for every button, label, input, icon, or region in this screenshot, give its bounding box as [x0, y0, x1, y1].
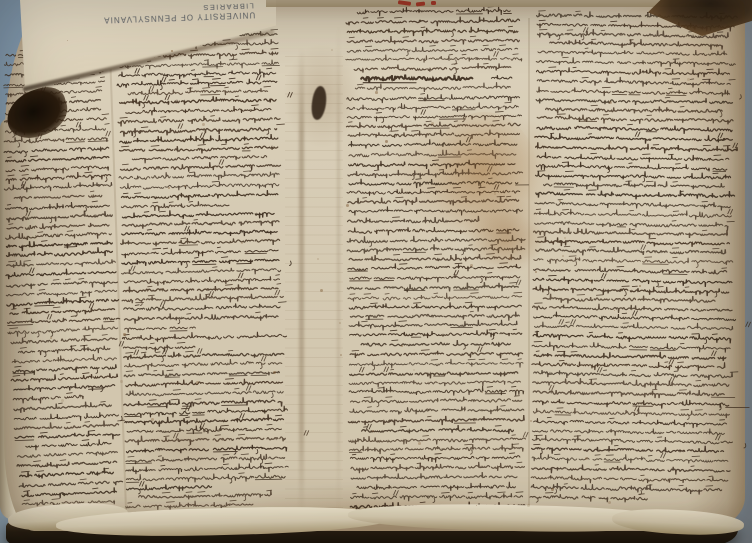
foxing-speck [317, 258, 319, 260]
foxing-speck [639, 285, 641, 287]
text-column-4 [530, 9, 740, 508]
foxing-speck [585, 457, 588, 460]
foxing-speck [151, 418, 154, 421]
foxing-speck [187, 355, 189, 357]
foxing-speck [204, 402, 207, 405]
foxing-speck [331, 49, 333, 51]
manuscript-photo: UNIVERSITY OF PENNSYLVANIA LIBRARIES [0, 0, 752, 543]
foxing-speck [476, 505, 477, 506]
foxing-speck [599, 15, 600, 16]
foxing-speck [120, 380, 123, 383]
foxing-speck [123, 333, 126, 336]
gutter-ruling-lines [285, 56, 343, 508]
foxing-speck [401, 345, 403, 347]
red-ink-mark [431, 1, 436, 5]
page-fold-line [337, 26, 340, 512]
gutter-crease [299, 48, 304, 514]
foxing-speck [340, 354, 342, 356]
foxing-speck [465, 197, 467, 199]
foxing-speck [46, 359, 48, 361]
foxing-speck [418, 442, 421, 445]
foxing-speck [562, 255, 564, 257]
foxing-speck [687, 78, 690, 81]
foxing-speck [273, 371, 276, 374]
foxing-speck [494, 193, 496, 195]
foxing-speck [534, 136, 536, 138]
foxing-speck [61, 399, 64, 402]
foxing-speck [509, 257, 511, 259]
foxing-speck [375, 91, 378, 94]
water-stain [468, 212, 542, 274]
foxing-speck [470, 264, 473, 267]
foxing-speck [202, 123, 205, 126]
foxing-speck [527, 504, 530, 507]
foxing-speck [535, 271, 537, 273]
foxing-speck [530, 420, 532, 422]
foxing-speck [339, 322, 341, 324]
foxing-speck [431, 122, 434, 125]
foxing-speck [590, 280, 592, 282]
foxing-speck [196, 381, 199, 384]
text-column-2 [116, 28, 288, 521]
